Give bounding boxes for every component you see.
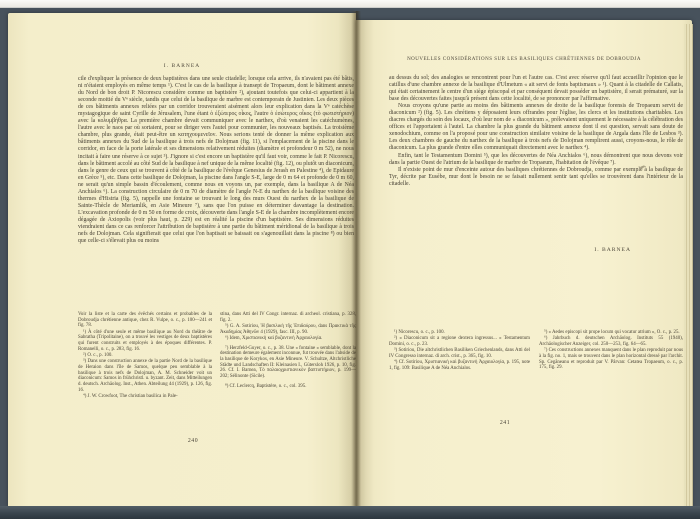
footnote-3: ³) Dans une construction annexe de la pa… (78, 359, 212, 393)
footnotes-right-col1: ¹) Nicorescu, o. c., p. 100. ²) « Diacon… (389, 330, 530, 372)
paragraph-diaconicum: Nous croyons qu'une partie au moins des … (389, 103, 683, 152)
body-text-left: cile d'expliquer la présence de deux bap… (78, 76, 354, 304)
running-head-right: NOUVELLES CONSIDÉRATIONS SUR LES BASILIQ… (356, 57, 692, 62)
spine-fold (351, 11, 361, 511)
paragraph-testamentum: Enfin, tant le Testamentum Domini ⁵), qu… (389, 153, 683, 167)
page-right: NOUVELLES CONSIDÉRATIONS SUR LES BASILIQ… (356, 20, 692, 508)
footnotes-left-col1: Voir la liste et la carte des évêchés ce… (78, 312, 212, 400)
footnote-3: ³) Sotiriou, Die altchristlichen Basilik… (389, 348, 530, 359)
page-edges-stack (684, 24, 693, 506)
footnote-1: ¹) Nicorescu, o. c., p. 100. (389, 330, 530, 336)
paragraph-continuation: au dessus du sol; des analogies se renco… (389, 75, 683, 103)
footnote-4-continuation: stina, dans Atti del IV Congr. internaz.… (220, 312, 356, 323)
footnote-1: ¹) À côté d'une seule et même basilique … (78, 330, 212, 353)
footnotes-left-col2: stina, dans Atti del IV Congr. internaz.… (220, 312, 356, 390)
footnote-4: ⁴) Cf. Sotiriou, Χριστιανικὴ καὶ βυζαντι… (389, 360, 530, 371)
footnote-7: ⁷) Herzfeld-Guyer, o. c., p. 38. Une « f… (220, 346, 356, 380)
footnote-8: ⁸) Cf. Leclercq, Baptistère, o. c., col.… (220, 384, 356, 390)
backdrop-top-strip (0, 0, 700, 8)
footnote-7: ⁷) Ces constructions annexes manquent da… (539, 348, 683, 371)
running-head-left: I. BARNEA (8, 63, 356, 69)
footnote-5: ⁵) G. A. Sotiriou, Ἡ βασιλικὴ τῆς Ἐπιδαύ… (220, 324, 356, 335)
page-number-241: 241 (490, 420, 520, 426)
footnote-6: ⁶) Idem, Χριστιανικὴ καὶ βυζαντινὴ Ἀρχαι… (220, 336, 356, 342)
footnote-5: ⁵) « Aedes episcopi sit prope locum qui … (539, 330, 683, 336)
page-number-240: 240 (178, 438, 208, 444)
footnote-2: ²) « Diaconicum sit a regione dextera in… (389, 336, 530, 347)
author-signature: I. BARNEA (389, 247, 683, 253)
backdrop-bottom-band (0, 506, 700, 519)
footnote-4: ⁴) J. W. Crowfoot, The christian basilic… (78, 394, 212, 400)
footnotes-right-col2: ⁵) « Aedes episcopi sit prope locum qui … (539, 330, 683, 371)
book-scan-photo: I. BARNEA cile d'expliquer la présence d… (0, 0, 700, 519)
page-left: I. BARNEA cile d'expliquer la présence d… (8, 13, 356, 509)
paragraph-enceinte: Il n'existe point de mur d'enceinte auto… (389, 167, 683, 188)
body-text-right: au dessus du sol; des analogies se renco… (389, 75, 683, 250)
footnote-2: ²) O. c., p. 100. (78, 353, 212, 359)
footnote-6: ⁶) Jahrbuch d. deutschen Archäolog. Inst… (539, 336, 683, 347)
footnote-continuation: Voir la liste et la carte des évêchés ce… (78, 312, 212, 329)
